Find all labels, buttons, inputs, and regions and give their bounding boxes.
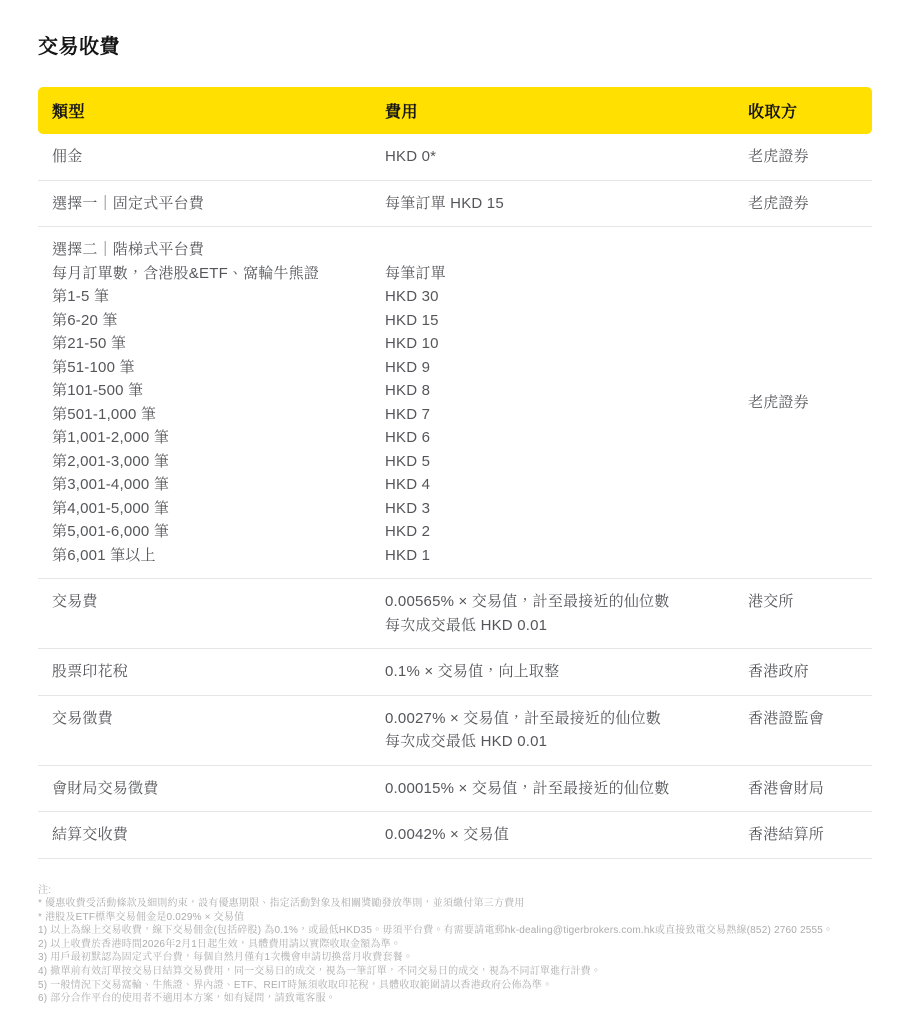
row-type: 交易費 (52, 590, 385, 614)
row-collector: 港交所 (748, 590, 872, 614)
tier-fee: HKD 6 (385, 426, 748, 450)
tier-range: 第2,001-3,000 筆 (52, 450, 385, 474)
footnote-line: 1) 以上為線上交易收費，線下交易佣金(包括碎股) 為0.1%，或最低HKD35… (38, 924, 872, 938)
footnote-line: 6) 部分合作平台的使用者不適用本方案，如有疑問，請致電客服。 (38, 992, 872, 1006)
tier-range: 第501-1,000 筆 (52, 403, 385, 427)
row-type: 會財局交易徵費 (52, 777, 385, 801)
row-fee: 0.00565% × 交易值，計至最接近的仙位數 每次成交最低 HKD 0.01 (385, 590, 748, 637)
row-fee: 0.1% × 交易值，向上取整 (385, 660, 748, 684)
footnote-line: 2) 以上收費於香港時間2026年2月1日起生效，具體費用請以實際收取金額為準。 (38, 938, 872, 952)
footnotes: 注: * 優惠收費受活動條款及細則約束，設有優惠期限、指定活動對象及相關獎勵發放… (38, 884, 872, 1006)
tier-fee-column: 每筆訂單 HKD 30 HKD 15 HKD 10 HKD 9 HKD 8 HK… (385, 238, 748, 567)
tier-range: 第5,001-6,000 筆 (52, 520, 385, 544)
tier-fee: HKD 2 (385, 520, 748, 544)
row-collector: 老虎證券 (748, 391, 872, 415)
footnote-line: * 港股及ETF標準交易佣金是0.029% × 交易值 (38, 911, 872, 925)
table-row-fixed-platform-fee: 選擇一｜固定式平台費 每筆訂單 HKD 15 老虎證券 (38, 181, 872, 228)
row-type: 結算交收費 (52, 823, 385, 847)
tier-fee: HKD 30 (385, 285, 748, 309)
tier-heading: 選擇二｜階梯式平台費 (52, 238, 385, 262)
tier-range-column: 選擇二｜階梯式平台費 每月訂單數，含港股&ETF、窩輪牛熊證 第1-5 筆 第6… (52, 238, 385, 567)
tier-fee-spacer (385, 238, 748, 262)
tier-range: 第3,001-4,000 筆 (52, 473, 385, 497)
fee-line: 0.0027% × 交易值，計至最接近的仙位數 (385, 707, 748, 731)
footnote-line: 4) 撤單前有效訂單按交易日結算交易費用，同一交易日的成交，視為一筆訂單，不同交… (38, 965, 872, 979)
row-type: 股票印花稅 (52, 660, 385, 684)
row-type: 選擇一｜固定式平台費 (52, 192, 385, 216)
row-fee: 0.0042% × 交易值 (385, 823, 748, 847)
header-cell-fee: 費用 (385, 99, 748, 122)
table-row-stamp-duty: 股票印花稅 0.1% × 交易值，向上取整 香港政府 (38, 649, 872, 696)
footnote-line: 3) 用戶最初默認為固定式平台費，每個自然月僅有1次機會申請切換當月收費套餐。 (38, 951, 872, 965)
row-fee: HKD 0* (385, 145, 748, 169)
tier-fee: HKD 15 (385, 309, 748, 333)
table-row-transaction-levy: 交易徵費 0.0027% × 交易值，計至最接近的仙位數 每次成交最低 HKD … (38, 696, 872, 766)
row-collector: 香港會財局 (748, 777, 872, 801)
fee-page: 交易收費 類型 費用 收取方 佣金 HKD 0* 老虎證券 選擇一｜固定式平台費… (0, 0, 910, 1024)
tier-range: 第101-500 筆 (52, 379, 385, 403)
row-fee: 0.00015% × 交易值，計至最接近的仙位數 (385, 777, 748, 801)
tier-range: 第21-50 筆 (52, 332, 385, 356)
fee-line: 0.00565% × 交易值，計至最接近的仙位數 (385, 590, 748, 614)
row-collector: 香港結算所 (748, 823, 872, 847)
tier-fee: HKD 5 (385, 450, 748, 474)
tier-range: 第6-20 筆 (52, 309, 385, 333)
row-collector: 老虎證券 (748, 145, 872, 169)
table-row-trading-fee: 交易費 0.00565% × 交易值，計至最接近的仙位數 每次成交最低 HKD … (38, 579, 872, 649)
tier-fee: HKD 3 (385, 497, 748, 521)
footnote-line: 5) 一般情況下交易窩輪、牛熊證、界內證、ETF、REIT時無須收取印花稅，具體… (38, 979, 872, 993)
tier-sub-heading: 每月訂單數，含港股&ETF、窩輪牛熊證 (52, 262, 385, 286)
page-title: 交易收費 (38, 30, 872, 59)
header-cell-collector: 收取方 (748, 99, 872, 122)
tier-fee-header: 每筆訂單 (385, 262, 748, 286)
tier-range: 第4,001-5,000 筆 (52, 497, 385, 521)
footnote-line: 注: (38, 884, 872, 898)
tier-range: 第51-100 筆 (52, 356, 385, 380)
tier-fee: HKD 7 (385, 403, 748, 427)
table-row-commission: 佣金 HKD 0* 老虎證券 (38, 134, 872, 181)
row-collector: 香港政府 (748, 660, 872, 684)
table-row-tiered-platform-fee: 選擇二｜階梯式平台費 每月訂單數，含港股&ETF、窩輪牛熊證 第1-5 筆 第6… (38, 227, 872, 579)
table-header-row: 類型 費用 收取方 (38, 87, 872, 134)
tier-fee: HKD 10 (385, 332, 748, 356)
tier-fee: HKD 1 (385, 544, 748, 568)
tier-range: 第1,001-2,000 筆 (52, 426, 385, 450)
fee-line: 每次成交最低 HKD 0.01 (385, 730, 748, 754)
table-row-afrc-levy: 會財局交易徵費 0.00015% × 交易值，計至最接近的仙位數 香港會財局 (38, 766, 872, 813)
header-cell-type: 類型 (52, 99, 385, 122)
tier-fee: HKD 8 (385, 379, 748, 403)
tier-fee: HKD 9 (385, 356, 748, 380)
tier-fee: HKD 4 (385, 473, 748, 497)
tier-range: 第6,001 筆以上 (52, 544, 385, 568)
fee-table: 類型 費用 收取方 佣金 HKD 0* 老虎證券 選擇一｜固定式平台費 每筆訂單… (38, 87, 872, 859)
row-fee: 0.0027% × 交易值，計至最接近的仙位數 每次成交最低 HKD 0.01 (385, 707, 748, 754)
fee-line: 每次成交最低 HKD 0.01 (385, 614, 748, 638)
row-type: 佣金 (52, 145, 385, 169)
row-type: 交易徵費 (52, 707, 385, 731)
footnote-line: * 優惠收費受活動條款及細則約束，設有優惠期限、指定活動對象及相關獎勵發放準則，… (38, 897, 872, 911)
tier-range: 第1-5 筆 (52, 285, 385, 309)
row-collector: 老虎證券 (748, 192, 872, 216)
row-collector: 香港證監會 (748, 707, 872, 731)
row-fee: 每筆訂單 HKD 15 (385, 192, 748, 216)
table-row-settlement-fee: 結算交收費 0.0042% × 交易值 香港結算所 (38, 812, 872, 859)
